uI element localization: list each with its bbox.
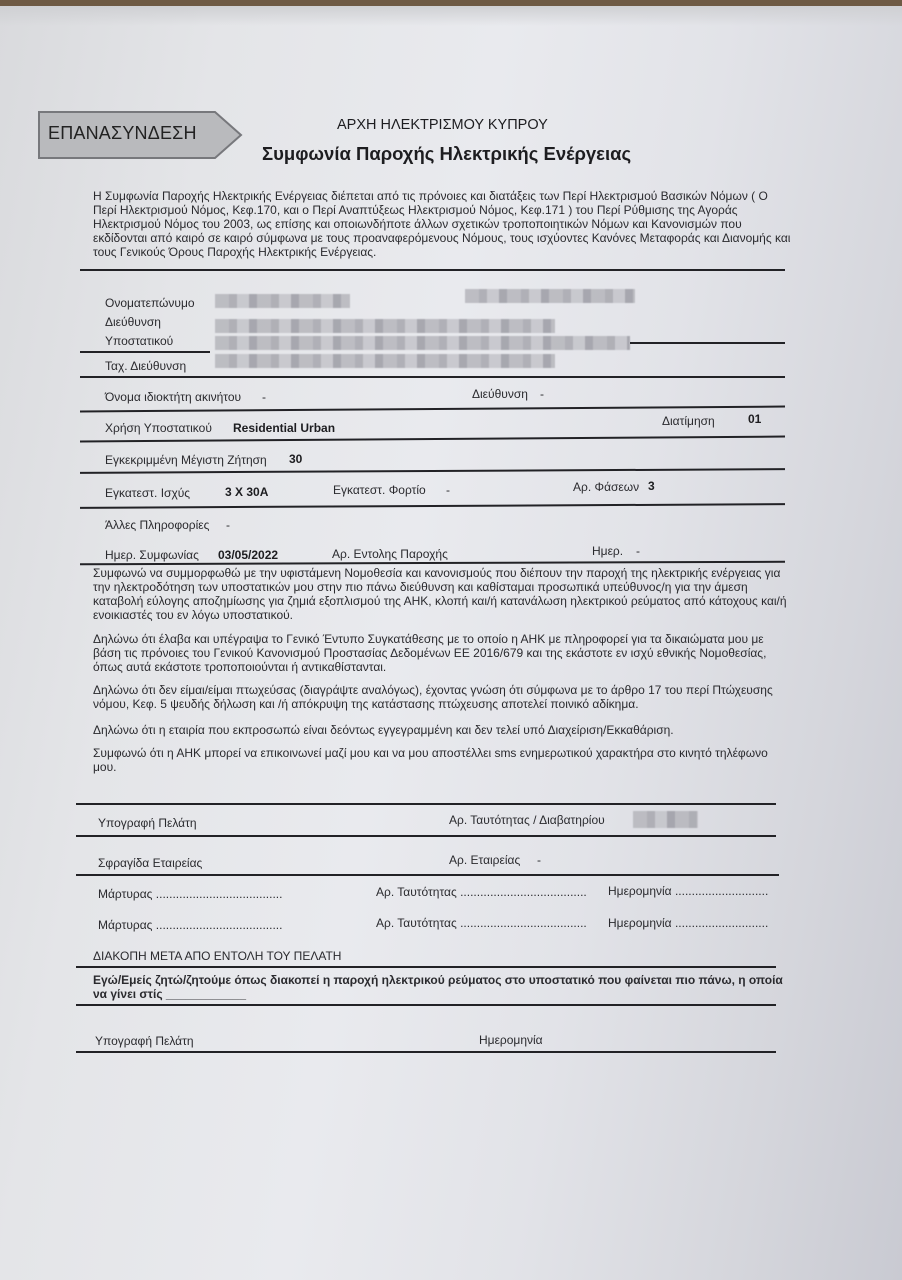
divider <box>630 342 785 344</box>
company-stamp-label: Σφραγίδα Εταιρείας <box>98 856 202 870</box>
witness-2-id-label: Αρ. Ταυτότητας .........................… <box>376 916 587 930</box>
premises-address-label-2: Υποστατικού <box>105 334 173 348</box>
agreement-date-label: Ημερ. Συμφωνίας <box>105 548 199 562</box>
divider <box>80 436 785 443</box>
customer-signature-label: Υπογραφή Πελάτη <box>98 816 197 830</box>
redacted-full-name-2 <box>465 289 635 303</box>
divider <box>80 269 785 271</box>
other-info-value: - <box>226 518 230 532</box>
witness-1-label: Μάρτυρας ...............................… <box>98 887 282 901</box>
disconnection-date-label: Ημερομηνία <box>479 1033 543 1047</box>
disconnection-heading: ΔΙΑΚΟΠΗ ΜΕΤΑ ΑΠΟ ΕΝΤΟΛΗ ΤΟΥ ΠΕΛΑΤΗ <box>93 949 341 963</box>
divider <box>80 376 785 378</box>
installed-power-label: Εγκατεστ. Ισχύς <box>105 486 190 500</box>
witness-1-id-label: Αρ. Ταυτότητας .........................… <box>376 885 587 899</box>
form-page: ΕΠΑΝΑΣΥΝΔΕΣΗ ΑΡΧΗ ΗΛΕΚΤΡΙΣΜΟΥ ΚΥΠΡΟΥ Συμ… <box>0 6 902 1280</box>
date-value: - <box>636 544 640 558</box>
owner-name-value: - <box>262 390 266 404</box>
phases-label: Αρ. Φάσεων <box>573 480 639 494</box>
witness-2-date-label: Ημερομηνία ............................ <box>608 916 768 930</box>
witness-1-date-label: Ημερομηνία ............................ <box>608 884 768 898</box>
document-title: Συμφωνία Παροχής Ηλεκτρικής Ενέργειας <box>262 143 631 165</box>
agreement-date-value: 03/05/2022 <box>218 548 278 562</box>
divider <box>80 503 785 509</box>
owner-address-label: Διεύθυνση <box>472 387 528 401</box>
premises-use-label: Χρήση Υποστατικού <box>105 421 212 435</box>
full-name-label: Ονοματεπώνυμο <box>105 296 195 310</box>
declaration-paragraph: Δηλώνω ότι η εταιρία που εκπροσωπώ είναι… <box>93 723 793 737</box>
installed-load-label: Εγκατεστ. Φορτίο <box>333 483 426 497</box>
divider <box>80 468 785 474</box>
redacted-id-number <box>633 811 698 828</box>
id-passport-label: Αρ. Ταυτότητας / Διαβατηρίου <box>449 813 605 827</box>
divider <box>80 351 210 353</box>
owner-address-value: - <box>540 387 544 401</box>
max-demand-label: Εγκεκριμμένη Μέγιστη Ζήτηση <box>105 453 267 467</box>
redacted-premises-address-2 <box>215 336 630 350</box>
divider <box>76 835 776 837</box>
intro-paragraph: Η Συμφωνία Παροχής Ηλεκτρικής Ενέργειας … <box>93 189 793 259</box>
divider <box>76 1051 776 1053</box>
disconnection-signature-label: Υπογραφή Πελάτη <box>95 1034 194 1048</box>
reconnection-tag: ΕΠΑΝΑΣΥΝΔΕΣΗ <box>37 110 241 158</box>
supply-order-label: Αρ. Εντολης Παροχής <box>332 547 448 561</box>
company-number-label: Αρ. Εταιρείας <box>449 853 520 867</box>
divider <box>76 803 776 805</box>
divider <box>76 1004 776 1006</box>
disconnection-request: Εγώ/Εμείς ζητώ/ζητούμε όπως διακοπεί η π… <box>93 973 783 1001</box>
company-number-value: - <box>537 853 541 867</box>
other-info-label: Άλλες Πληροφορίες <box>105 518 209 532</box>
date-label: Ημερ. <box>592 544 623 558</box>
declaration-paragraph: Συμφωνώ ότι η ΑΗΚ μπορεί να επικοινωνεί … <box>93 746 793 774</box>
phases-value: 3 <box>648 479 655 493</box>
tariff-label: Διατίμηση <box>662 414 715 428</box>
max-demand-value: 30 <box>289 452 302 466</box>
installed-load-value: - <box>446 483 450 497</box>
declaration-paragraph: Δηλώνω ότι δεν είμαι/είμαι πτωχεύσας (δι… <box>93 683 793 711</box>
premises-address-label: Διεύθυνση <box>105 315 161 329</box>
redacted-postal-address <box>215 354 555 368</box>
owner-name-label: Όνομα ιδιοκτήτη ακινήτου <box>105 390 241 404</box>
redacted-full-name <box>215 294 350 308</box>
organization-name: ΑΡΧΗ ΗΛΕΚΤΡΙΣΜΟΥ ΚΥΠΡΟΥ <box>337 117 548 133</box>
declaration-paragraph: Συμφωνώ να συμμορφωθώ με την υφιστάμενη … <box>93 566 793 622</box>
tariff-value: 01 <box>748 412 761 426</box>
divider <box>76 874 779 876</box>
installed-power-value: 3 X 30A <box>225 485 268 499</box>
witness-2-label: Μάρτυρας ...............................… <box>98 918 282 932</box>
tag-label: ΕΠΑΝΑΣΥΝΔΕΣΗ <box>48 123 197 144</box>
premises-use-value: Residential Urban <box>233 421 335 435</box>
declaration-paragraph: Δηλώνω ότι έλαβα και υπέγραψα το Γενικό … <box>93 632 793 674</box>
divider <box>76 966 776 968</box>
postal-address-label: Ταχ. Διεύθυνση <box>105 359 186 373</box>
redacted-premises-address <box>215 319 555 333</box>
divider <box>80 406 785 413</box>
